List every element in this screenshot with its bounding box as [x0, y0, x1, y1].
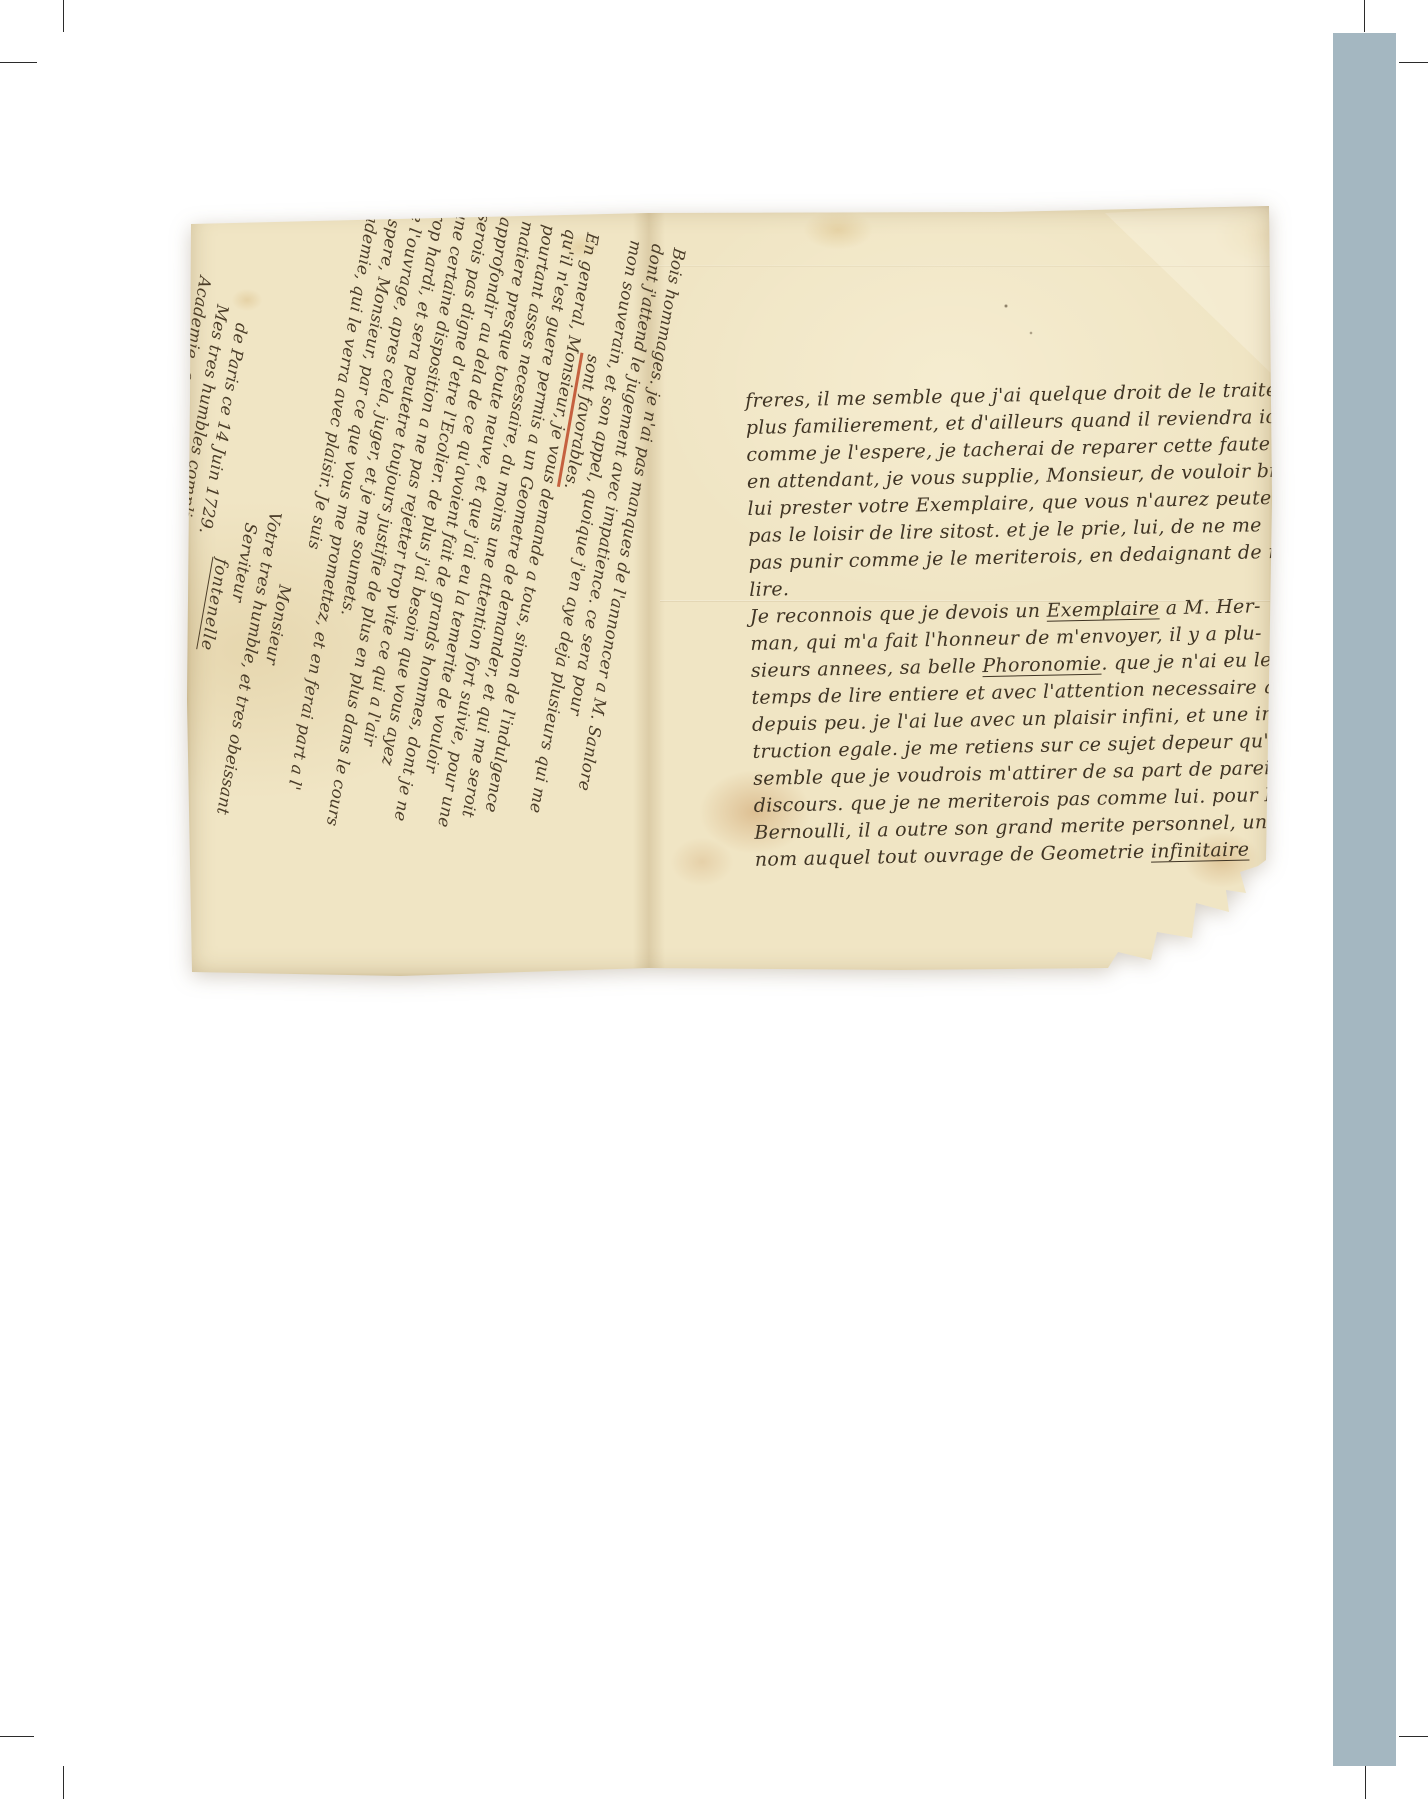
manuscript-line: nom auquel tout ouvrage de Geometrie inf… [755, 836, 1295, 874]
manuscript-line: freres, il me semble que j'ai quelque dr… [745, 377, 1285, 415]
manuscript-line: J'espere, Monsieur, par ce que vous me p… [261, 197, 408, 914]
manuscript-line: pas punir comme je le meriterois, en ded… [748, 539, 1288, 577]
manuscript-line: pas le loisir de lire sitost. et je le p… [748, 512, 1288, 550]
paper-corner-fold [187, 205, 1273, 977]
underlined-word: infinitaire [1151, 839, 1250, 863]
underlined-word: Exemplaire [1046, 597, 1159, 621]
manuscript-line: en attendant, je vous supplie, Monsieur,… [747, 458, 1287, 496]
manuscript-right-page-text: freres, il me semble que j'ai quelque dr… [745, 377, 1295, 874]
manuscript-line: trop hardi, et sera peutetre toujours ju… [304, 204, 451, 921]
page-canvas: { "page": { "background_color": "#ffffff… [0, 0, 1428, 1799]
manuscript-line: academie, qui le verra avec plaisir. Je … [239, 193, 386, 910]
manuscript-paper: Bois hommages. je n'ai pas manques de l'… [187, 205, 1273, 977]
manuscript-line: plus familierement, et d'ailleurs quand … [746, 404, 1286, 442]
manuscript-line: Monsieur [218, 583, 296, 906]
manuscript-line: de l'ouvrage, apres cela, juger, et je m… [283, 200, 430, 917]
manuscript-line: sont favorables. [478, 353, 605, 952]
manuscript-line: approfondir au dela de ce qu'avoient fai… [369, 216, 516, 933]
manuscript-line: comme je l'espere, je tacherai de repare… [746, 431, 1286, 469]
manuscript-line: quelque chose de ma pretendue Methode, j… [66, 290, 191, 879]
manuscript-line: lire. [749, 566, 1289, 604]
manuscript-line: de Paris ce 14 Juin 1729. [131, 321, 252, 890]
manuscript-line: man, qui m'a fait l'honneur de m'envoyer… [750, 620, 1290, 658]
paper-center-fold [633, 205, 665, 977]
manuscript-line: discours. que je ne meriterois pas comme… [753, 782, 1293, 820]
manuscript-line: Bois hommages. je n'ai pas manques de l'… [543, 246, 690, 963]
manuscript-line: qu'il n'est guere permis a un Geometre d… [434, 227, 581, 944]
bleed-bar [1333, 33, 1396, 1766]
manuscript-line: Je reconnois que je devois un Exemplaire… [750, 593, 1290, 631]
manuscript-line: temps de lire entiere et avec l'attentio… [751, 674, 1291, 712]
manuscript-line: depuis peu. je l'ai lue avec un plaisir … [752, 701, 1292, 739]
manuscript-line: Bernoulli, il a outre son grand merite p… [754, 809, 1294, 847]
underlined-word: Phoronomie [982, 653, 1101, 677]
crop-mark-top-left-h [0, 62, 37, 63]
paper-crease [650, 265, 1272, 267]
manuscript-line: mon souverain, et son appel, quoique j'e… [499, 239, 646, 956]
manuscript-line: En general, Monsieur, je vous demande a … [456, 231, 603, 948]
crop-mark-top-right-v [1364, 0, 1365, 32]
manuscript-line: Votre tres humble, et tres obeissant [196, 510, 286, 902]
manuscript-line: une certaine disposition a ne pas rejett… [326, 208, 473, 925]
red-underlined-words: sont favorables. [557, 353, 603, 491]
manuscript-left-page-text: Bois hommages. je n'ai pas manques de l'… [66, 162, 690, 963]
manuscript-line: Academie, que je serois bien glorieux qu… [88, 274, 216, 882]
crop-mark-top-right-h [1399, 62, 1428, 63]
manuscript-line: Serviteur [174, 521, 261, 898]
manuscript-line: serois pas digne d'etre l'Ecolier. de pl… [348, 212, 495, 929]
crop-mark-bottom-left-h [0, 1736, 34, 1737]
manuscript-line: fontenelle [153, 557, 234, 895]
red-underlined-words: Membres de votre [95, 799, 145, 957]
crop-mark-bottom-right-h [1399, 1736, 1428, 1737]
crop-mark-bottom-right-v [1365, 1766, 1366, 1799]
manuscript-line: pourtant asses necessaire, du moins une … [413, 223, 560, 940]
manuscript-line: lui prester votre Exemplaire, que vous n… [747, 485, 1287, 523]
manuscript-line: truction egale. je me retiens sur ce suj… [752, 728, 1292, 766]
paper-crease [660, 600, 1270, 602]
manuscript-line: matiere presque toute neuve, et que j'ai… [391, 219, 538, 936]
manuscript-line: Mes tres humbles complimentts, s'il vous… [109, 303, 233, 887]
manuscript-line: sieurs annees, sa belle Phoronomie. que … [751, 647, 1291, 685]
underlined-word: fontenelle [197, 557, 232, 653]
manuscript-line: semble que je voudrois m'attirer de sa p… [753, 755, 1293, 793]
manuscript-line: dont j'attend le jugement avec impatienc… [521, 242, 668, 959]
crop-mark-bottom-left-v [63, 1766, 64, 1799]
crop-mark-top-left-v [63, 0, 64, 32]
